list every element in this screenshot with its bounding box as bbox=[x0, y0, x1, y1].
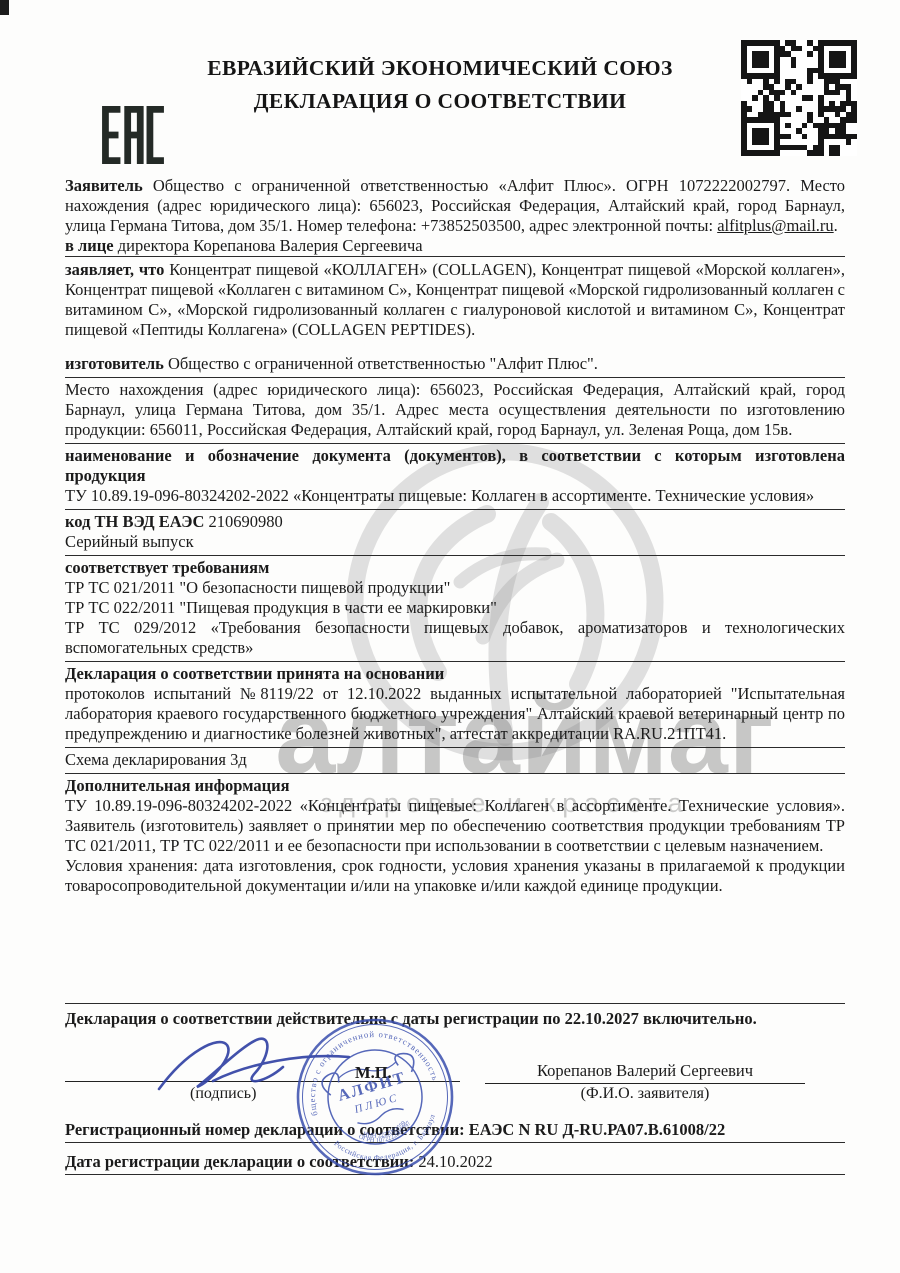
company-stamp: Общество с ограниченной ответственностью… bbox=[287, 1009, 463, 1190]
basis-text: протоколов испытаний №8119/22 от 12.10.2… bbox=[65, 684, 845, 748]
compliance-item: ТР ТС 022/2011 "Пищевая продукция в част… bbox=[65, 598, 845, 618]
document-body: Заявитель Общество с ограниченной ответс… bbox=[65, 176, 845, 896]
declarant-person-row: в лице директора Корепанова Валерия Серг… bbox=[65, 236, 845, 256]
doc-basis-label: наименование и обозначение документа (до… bbox=[65, 444, 845, 486]
declaration-text: Концентрат пищевой «КОЛЛАГЕН» (COLLAGEN)… bbox=[65, 260, 845, 339]
declarant-email: alfitplus@mail.ru bbox=[717, 216, 833, 235]
declarant-label: Заявитель bbox=[65, 176, 143, 195]
declaration-section: заявляет, что Концентрат пищевой «КОЛЛАГ… bbox=[65, 256, 845, 340]
manufacturer-row: изготовитель Общество с ограниченной отв… bbox=[65, 354, 845, 378]
declarant-email-period: . bbox=[834, 216, 838, 235]
person-text: директора Корепанова Валерия Сергеевича bbox=[118, 236, 423, 255]
doc-basis-text: ТУ 10.89.19-096-80324202-2022 «Концентра… bbox=[65, 486, 845, 510]
compliance-item: ТР ТС 029/2012 «Требования безопасности … bbox=[65, 618, 845, 662]
registration-number-value: ЕАЭС N RU Д-RU.РА07.В.61008/22 bbox=[469, 1120, 726, 1139]
applicant-name-caption: (Ф.И.О. заявителя) bbox=[485, 1085, 805, 1103]
person-label: в лице bbox=[65, 236, 114, 255]
declarant-text: Общество с ограниченной ответственностью… bbox=[153, 176, 790, 195]
manufacturer-address: Место нахождения (адрес юридического лиц… bbox=[65, 378, 845, 444]
tnved-label: код ТН ВЭД ЕАЭС bbox=[65, 512, 204, 531]
manufacturer-text: Общество с ограниченной ответственностью… bbox=[168, 354, 598, 373]
declaration-document-page: алтаймаг здоровье и красота ЕВРАЗИЙСКИЙ … bbox=[0, 0, 900, 1273]
scan-artifact bbox=[0, 0, 9, 15]
additional-paragraph: ТУ 10.89.19-096-80324202-2022 «Концентра… bbox=[65, 796, 845, 856]
qr-code bbox=[741, 40, 857, 156]
compliance-item: ТР ТС 021/2011 "О безопасности пищевой п… bbox=[65, 578, 845, 598]
stamp-place-label: М.П. bbox=[355, 1063, 392, 1083]
tnved-row: код ТН ВЭД ЕАЭС 210690980 bbox=[65, 510, 845, 532]
compliance-label: соответствует требованиям bbox=[65, 556, 845, 578]
applicant-name: Корепанов Валерий Сергеевич bbox=[485, 1061, 805, 1084]
manufacturer-label: изготовитель bbox=[65, 354, 164, 373]
scheme-row: Схема декларирования 3д bbox=[65, 748, 845, 774]
tnved-value: 210690980 bbox=[209, 512, 283, 531]
declaration-label: заявляет, что bbox=[65, 260, 164, 279]
additional-paragraph: Условия хранения: дата изготовления, сро… bbox=[65, 856, 845, 896]
additional-label: Дополнительная информация bbox=[65, 774, 845, 796]
document-title: ЕВРАЗИЙСКИЙ ЭКОНОМИЧЕСКИЙ СОЮЗ ДЕКЛАРАЦИ… bbox=[120, 52, 760, 119]
basis-label: Декларация о соответствии принята на осн… bbox=[65, 662, 845, 684]
doc-title: ДЕКЛАРАЦИЯ О СООТВЕТСТВИИ bbox=[120, 85, 760, 118]
serial-row: Серийный выпуск bbox=[65, 532, 845, 556]
signature-registration-block: Декларация о соответствии действительна … bbox=[65, 1003, 845, 1175]
declarant-section: Заявитель Общество с ограниченной ответс… bbox=[65, 176, 845, 236]
union-name: ЕВРАЗИЙСКИЙ ЭКОНОМИЧЕСКИЙ СОЮЗ bbox=[120, 52, 760, 85]
signature-row: (подпись) М.П. Корепанов Валерий Сергеев… bbox=[65, 1039, 845, 1101]
